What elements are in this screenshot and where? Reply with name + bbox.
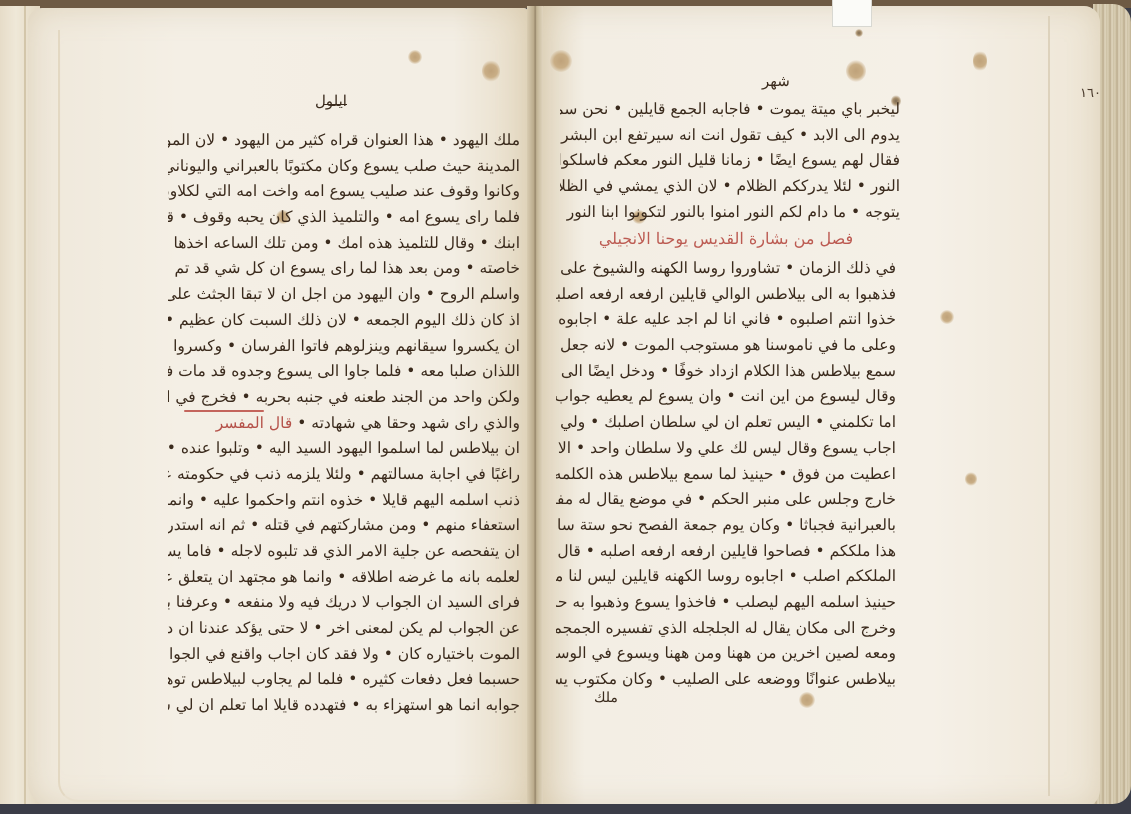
book-gutter <box>527 6 543 808</box>
stain <box>482 60 500 82</box>
text-line: فلما راى يسوع امه • والتلميذ الذي كان يح… <box>168 205 520 231</box>
text-line: اللذان صلبا معه • فلما جاوا الى يسوع وجد… <box>168 359 520 385</box>
text-line: ليخبر باي ميتة يموت • فاجابه الجمع قايلي… <box>560 97 900 123</box>
catchword: ملك <box>594 690 618 706</box>
text-line: ان يكسروا سيقانهم وينزلوهم فاتوا الفرسان… <box>168 334 520 360</box>
right-running-header: شهر <box>762 72 790 90</box>
text-line: اما تكلمني • اليس تعلم ان لي سلطان اصلبك… <box>556 410 896 436</box>
text-line: النور • لئلا يدرككم الظلام • لان الذي يم… <box>560 174 900 200</box>
stain <box>846 60 866 82</box>
stain <box>799 692 815 708</box>
text-line: فذهبوا به الى بيلاطس الوالي قايلين ارفعه… <box>556 282 896 308</box>
text-line: سمع بيلاطس هذا الكلام ازداد خوفًا • ودخل… <box>556 359 896 385</box>
text-line: ابنك • وقال للتلميذ هذه امك • ومن تلك ال… <box>168 231 520 257</box>
right-page-text: في ذلك الزمان • تشاوروا روسا الكهنه والش… <box>556 256 896 693</box>
section-heading-rubric: فصل من بشارة القديس يوحنا الانجيلي <box>556 229 896 248</box>
text-line: واسلم الروح • وان اليهود من اجل ان لا تب… <box>168 282 520 308</box>
right-page-text-top: ليخبر باي ميتة يموت • فاجابه الجمع قايلي… <box>556 97 1108 225</box>
text-line: عن الجواب لم يكن لمعنى اخر • لا حتى يؤكد… <box>168 616 520 642</box>
text-line: فقال لهم يسوع ايضًا • زمانا قليل النور م… <box>560 148 900 174</box>
text-line: والذي راى شهد وحقا هي شهادته • قال المفس… <box>168 411 520 437</box>
text-line: يتوجه • ما دام لكم النور امنوا بالنور لت… <box>560 200 900 226</box>
text-line: هذا ملككم • فصاحوا قايلين ارفعه ارفعه اص… <box>556 539 896 565</box>
text-line: راغبًا في اجابة مسالتهم • ولئلا يلزمه ذن… <box>168 462 520 488</box>
text-line: الملككم اصلب • اجابوه روسا الكهنه قايلين… <box>556 564 896 590</box>
left-running-header: ايلول <box>315 92 347 105</box>
text-line: اذ كان ذلك اليوم الجمعه • لان ذلك السبت … <box>168 308 520 334</box>
stain <box>973 50 987 72</box>
text-line: خارج وجلس على منبر الحكم • في موضع يقال … <box>556 487 896 513</box>
text-line: جوابه انما هو استهزاء به • فتهدده قايلا … <box>168 693 520 719</box>
rubric-underline <box>184 410 264 412</box>
text-line: ان يتفحصه عن جلية الامر الذي قد تلبوه لا… <box>168 539 520 565</box>
text-line: ان بيلاطس لما اسلموا اليهود السيد اليه •… <box>168 436 520 462</box>
manuscript-photo: ايلول ملك اليهود • هذا العنوان قراه كثير… <box>0 0 1131 814</box>
stain <box>408 50 422 64</box>
text-line: حينيذ اسلمه اليهم ليصلب • فاخذوا يسوع وذ… <box>556 590 896 616</box>
text-line: ومعه لصين اخرين من ههنا ومن ههنا ويسوع ف… <box>556 641 896 667</box>
text-line: بالعبرانية فجباثا • وكان يوم جمعة الفصح … <box>556 513 896 539</box>
text-line: ذنب اسلمه اليهم قايلا • خذوه انتم واحكمو… <box>168 488 520 514</box>
paper-tab-marker <box>832 0 872 27</box>
worm-hole <box>855 29 863 37</box>
text-line: بيلاطس عنوانًا ووضعه على الصليب • وكان م… <box>556 667 896 693</box>
text-line: خذوا انتم اصلبوه • فاني انا لم اجد عليه … <box>556 307 896 333</box>
text-line: حسبما فعل دفعات كثيره • فلما لم يجاوب لب… <box>168 667 520 693</box>
text-line: وخرج الى مكان يقال له الجلجله الذي تفسير… <box>556 616 896 642</box>
text-line: اجاب يسوع وقال ليس لك علي ولا سلطان واحد… <box>556 436 896 462</box>
text-line: يدوم الى الابد • كيف تقول انت انه سيرتفع… <box>560 123 900 149</box>
text-line: استعفاء منهم • ومن مشاركتهم في قتله • ثم… <box>168 513 520 539</box>
text-line: ولكن واحد من الجند طعنه في جنبه بحربه • … <box>168 385 520 411</box>
text-line: المدينة حيث صلب يسوع وكان مكتوبًا بالعبر… <box>168 154 520 180</box>
text-line: خاصته • ومن بعد هذا لما راى يسوع ان كل ش… <box>168 256 520 282</box>
book-cover-bottom <box>0 804 1131 814</box>
text-segment: والذي راى شهد وحقا هي شهادته • <box>297 414 520 432</box>
text-line: الموت باختياره كان • ولا فقد كان اجاب وا… <box>168 642 520 668</box>
stain <box>550 50 572 72</box>
text-line: وعلى ما في ناموسنا هو مستوجب الموت • لان… <box>556 333 896 359</box>
rubric-commentator: قال المفسر <box>216 414 293 432</box>
text-line: في ذلك الزمان • تشاوروا روسا الكهنه والش… <box>556 256 896 282</box>
left-page-text: ملك اليهود • هذا العنوان قراه كثير من ال… <box>168 128 520 719</box>
stain <box>940 310 954 324</box>
text-line: اعطيت من فوق • حينيذ لما سمع بيلاطس هذه … <box>556 462 896 488</box>
text-line: وقال ليسوع من اين انت • وان يسوع لم يعطي… <box>556 384 896 410</box>
text-line: وكانوا وقوف عند صليب يسوع امه واخت امه ا… <box>168 179 520 205</box>
stain <box>965 472 977 486</box>
text-line: ملك اليهود • هذا العنوان قراه كثير من ال… <box>168 128 520 154</box>
text-line: لعلمه بانه ما غرضه اطلاقه • وانما هو مجت… <box>168 565 520 591</box>
text-line: فراى السيد ان الجواب لا دريك فيه ولا منف… <box>168 590 520 616</box>
